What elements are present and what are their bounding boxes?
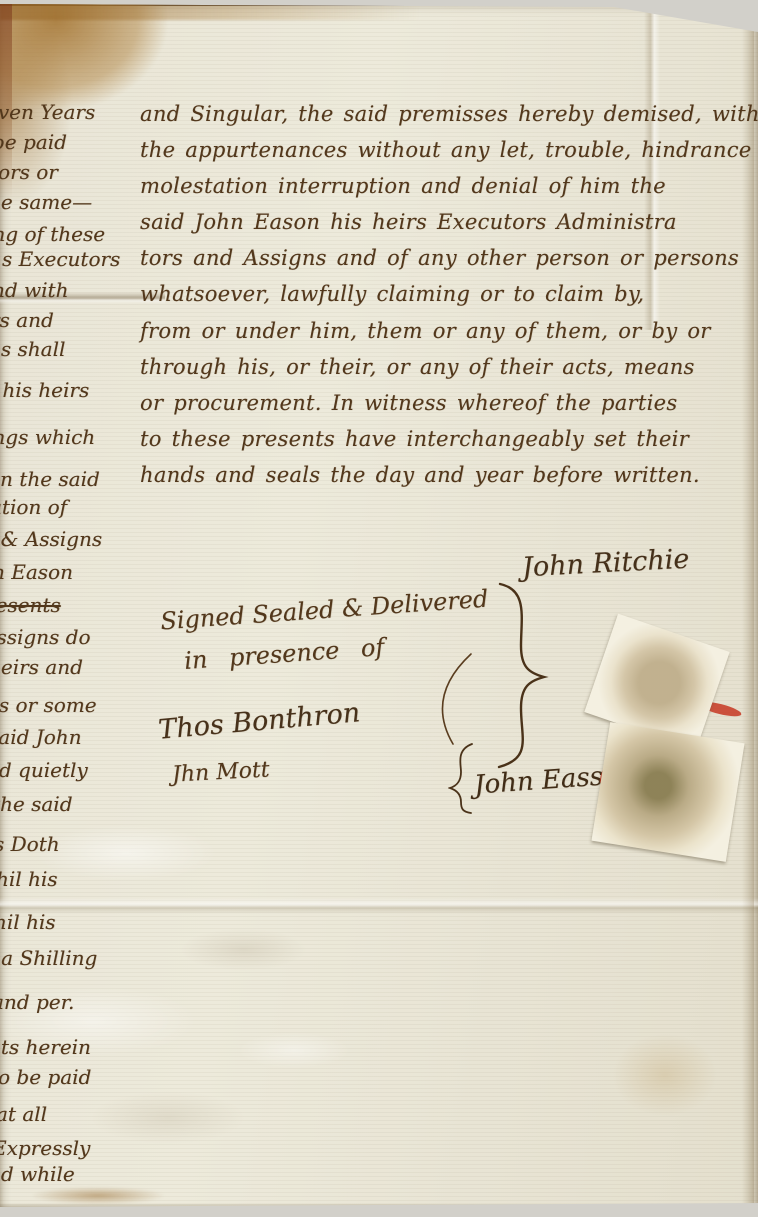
scanned-document: even Years be paid tors or he same— ing … [0, 0, 758, 1217]
stain-right-faint [590, 1010, 740, 1140]
text-line: from or under him, them or any of them, … [140, 319, 755, 355]
margin-fragment: nd while [0, 1162, 75, 1186]
margin-fragment: d a Shilling [0, 946, 97, 970]
left-margin-fragments: even Years be paid tors or he same— ing … [0, 0, 130, 1217]
margin-fragment: Assigns do [0, 625, 91, 649]
text-line: or procurement. In witness whereof the p… [140, 391, 755, 427]
margin-fragment: ns shall [0, 337, 65, 361]
margin-fragment: to be paid [0, 1065, 91, 1089]
margin-fragment: and per. [0, 990, 74, 1014]
text-line: molestation interruption and denial of h… [140, 174, 755, 210]
margin-fragment: be paid [0, 130, 67, 154]
margin-fragment: he same— [0, 190, 92, 214]
margin-fragment: nts herein [0, 1035, 91, 1059]
text-line: and Singular, the said premisses hereby … [140, 102, 755, 138]
margin-fragment: s Doth [0, 832, 60, 856]
pen-flourish [425, 652, 477, 751]
document-page: even Years be paid tors or he same— ing … [0, 0, 758, 1217]
margin-fragment: tors or [0, 160, 58, 184]
margin-fragment: ing of these [0, 222, 105, 246]
margin-fragment: hil his [0, 867, 58, 891]
margin-fragment: nd quietly [0, 758, 88, 782]
margin-fragment: s Executors [2, 247, 120, 271]
text-line: to these presents have interchangeably s… [140, 427, 755, 463]
margin-fragment: said John [0, 725, 82, 749]
margin-fragment: Expressly [0, 1136, 90, 1160]
margin-fragment: at all [0, 1102, 47, 1126]
margin-fragment: hil his [0, 910, 56, 934]
margin-fragment: nd with [0, 278, 68, 302]
margin-fragment: o his heirs [0, 378, 89, 402]
text-line: said John Eason his heirs Executors Admi… [140, 210, 755, 246]
margin-fragment: ns or some [0, 693, 97, 717]
text-line: through his, or their, or any of their a… [140, 355, 755, 391]
margin-fragment: even Years [0, 100, 95, 124]
witness-thos-bonthron: Thos Bonthron [157, 697, 361, 746]
signature-john-ritchie: John Ritchie [521, 544, 690, 584]
margin-fragment: heirs and [0, 655, 83, 679]
margin-fragment: ings which [0, 425, 95, 449]
wafer-seal-bottom [591, 722, 744, 862]
text-line: whatsoever, lawfully claiming or to clai… [140, 282, 755, 318]
text-line: tors and Assigns and of any other person… [140, 246, 755, 282]
attestation-line-1: Signed Sealed & Delivered [159, 585, 489, 636]
margin-fragment: on the said [0, 467, 100, 491]
margin-fragment: rs and [0, 308, 54, 332]
margin-fragment: the said [0, 792, 73, 816]
text-line: the appurtenances without any let, troub… [140, 138, 755, 174]
main-text-block: and Singular, the said premisses hereby … [140, 102, 755, 499]
margin-fragment: s & Assigns [0, 527, 102, 551]
witness-jhn-mott: Jhn Mott [171, 757, 270, 787]
margin-fragment: resents [0, 593, 61, 617]
text-line: hands and seals the day and year before … [140, 463, 755, 499]
closing-brace-left-icon [448, 742, 474, 818]
margin-fragment: n Eason [0, 560, 73, 584]
margin-fragment: ation of [0, 495, 67, 519]
attestation-line-2: in presence of [183, 633, 385, 675]
